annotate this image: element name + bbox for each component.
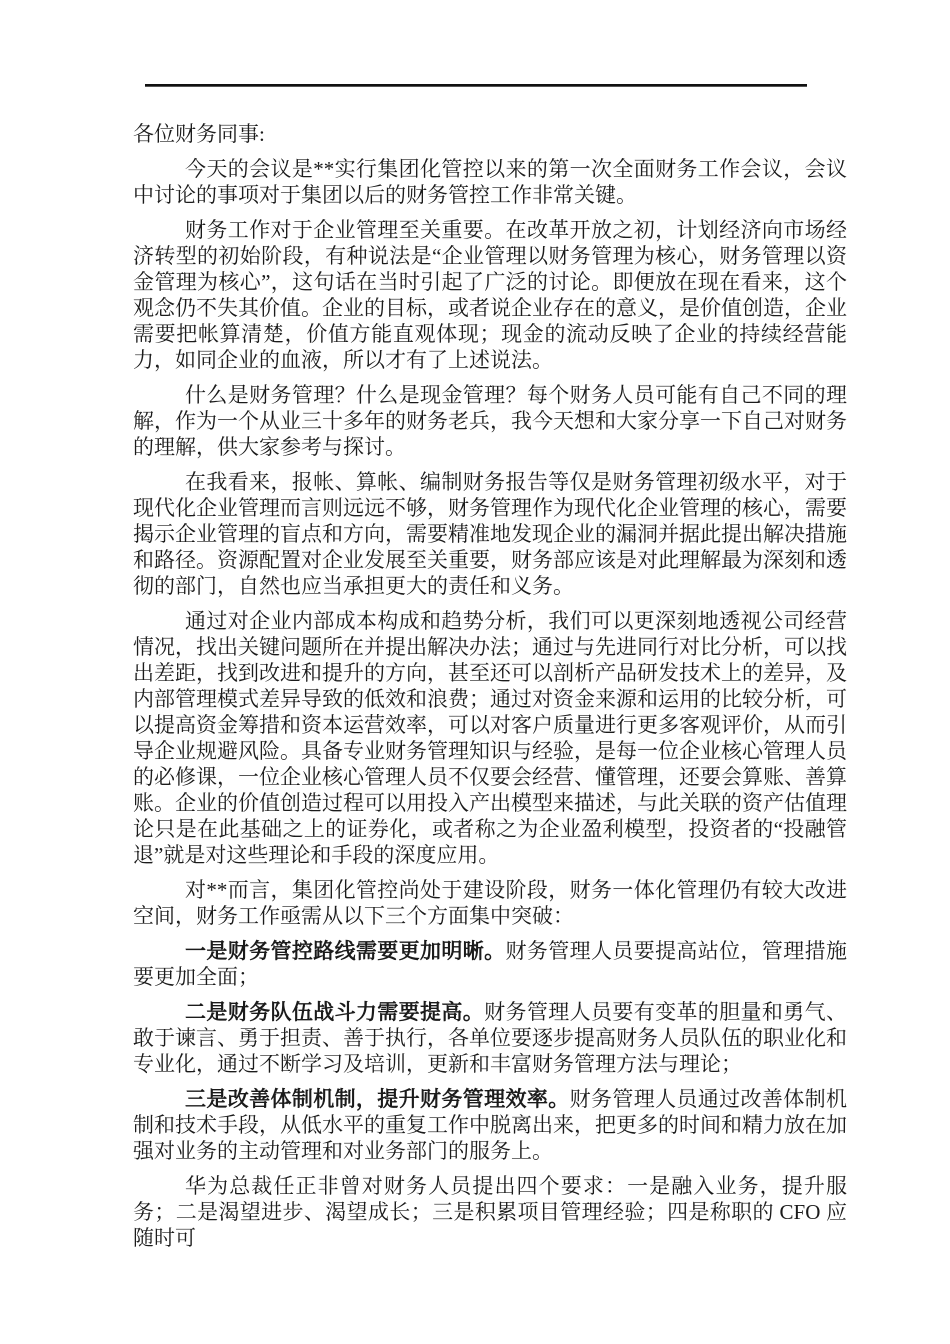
document-body: 各位财务同事: 今天的会议是**实行集团化管控以来的第一次全面财务工作会议，会议… (133, 121, 847, 1260)
paragraph: 华为总裁任正非曾对财务人员提出四个要求：一是融入业务，提升服务；二是渴望进步、渴… (133, 1173, 847, 1251)
paragraph-text: 对**而言，集团化管控尚处于建设阶段，财务一体化管理仍有较大改进空间，财务工作亟… (133, 878, 847, 928)
paragraph-point-one: 一是财务管控路线需要更加明晰。财务管理人员要提高站位，管理措施要更加全面； (133, 938, 847, 990)
paragraph: 在我看来，报帐、算帐、编制财务报告等仅是财务管理初级水平，对于现代化企业管理而言… (133, 469, 847, 599)
paragraph: 什么是财务管理？什么是现金管理？每个财务人员可能有自己不同的理解，作为一个从业三… (133, 382, 847, 460)
paragraph: 财务工作对于企业管理至关重要。在改革开放之初，计划经济向市场经济转型的初始阶段，… (133, 217, 847, 373)
paragraph-text: 华为总裁任正非曾对财务人员提出四个要求：一是融入业务，提升服务；二是渴望进步、渴… (133, 1174, 847, 1250)
paragraph-text: 在我看来，报帐、算帐、编制财务报告等仅是财务管理初级水平，对于现代化企业管理而言… (133, 470, 847, 598)
paragraph-point-two: 二是财务队伍战斗力需要提高。财务管理人员要有变革的胆量和勇气、敢于谏言、勇于担责… (133, 999, 847, 1077)
salutation-text: 各位财务同事: (133, 122, 265, 146)
paragraph-text: 通过对企业内部成本构成和趋势分析，我们可以更深刻地透视公司经营情况，找出关键问题… (133, 609, 847, 867)
header-rule (145, 84, 807, 87)
salutation: 各位财务同事: (133, 121, 847, 147)
paragraph-text: 今天的会议是**实行集团化管控以来的第一次全面财务工作会议，会议中讨论的事项对于… (133, 157, 847, 207)
paragraph-point-three: 三是改善体制机制，提升财务管理效率。财务管理人员通过改善体制机制和技术手段，从低… (133, 1086, 847, 1164)
paragraph-bold-lead: 三是改善体制机制，提升财务管理效率。 (185, 1087, 570, 1111)
paragraph: 对**而言，集团化管控尚处于建设阶段，财务一体化管理仍有较大改进空间，财务工作亟… (133, 877, 847, 929)
paragraph-bold-lead: 一是财务管控路线需要更加明晰。 (185, 939, 506, 963)
document-page: 各位财务同事: 今天的会议是**实行集团化管控以来的第一次全面财务工作会议，会议… (0, 0, 950, 1344)
paragraph: 今天的会议是**实行集团化管控以来的第一次全面财务工作会议，会议中讨论的事项对于… (133, 156, 847, 208)
paragraph-bold-lead: 二是财务队伍战斗力需要提高。 (185, 1000, 484, 1024)
paragraph-text: 什么是财务管理？什么是现金管理？每个财务人员可能有自己不同的理解，作为一个从业三… (133, 383, 847, 459)
paragraph: 通过对企业内部成本构成和趋势分析，我们可以更深刻地透视公司经营情况，找出关键问题… (133, 608, 847, 868)
paragraph-text: 财务工作对于企业管理至关重要。在改革开放之初，计划经济向市场经济转型的初始阶段，… (133, 218, 847, 372)
